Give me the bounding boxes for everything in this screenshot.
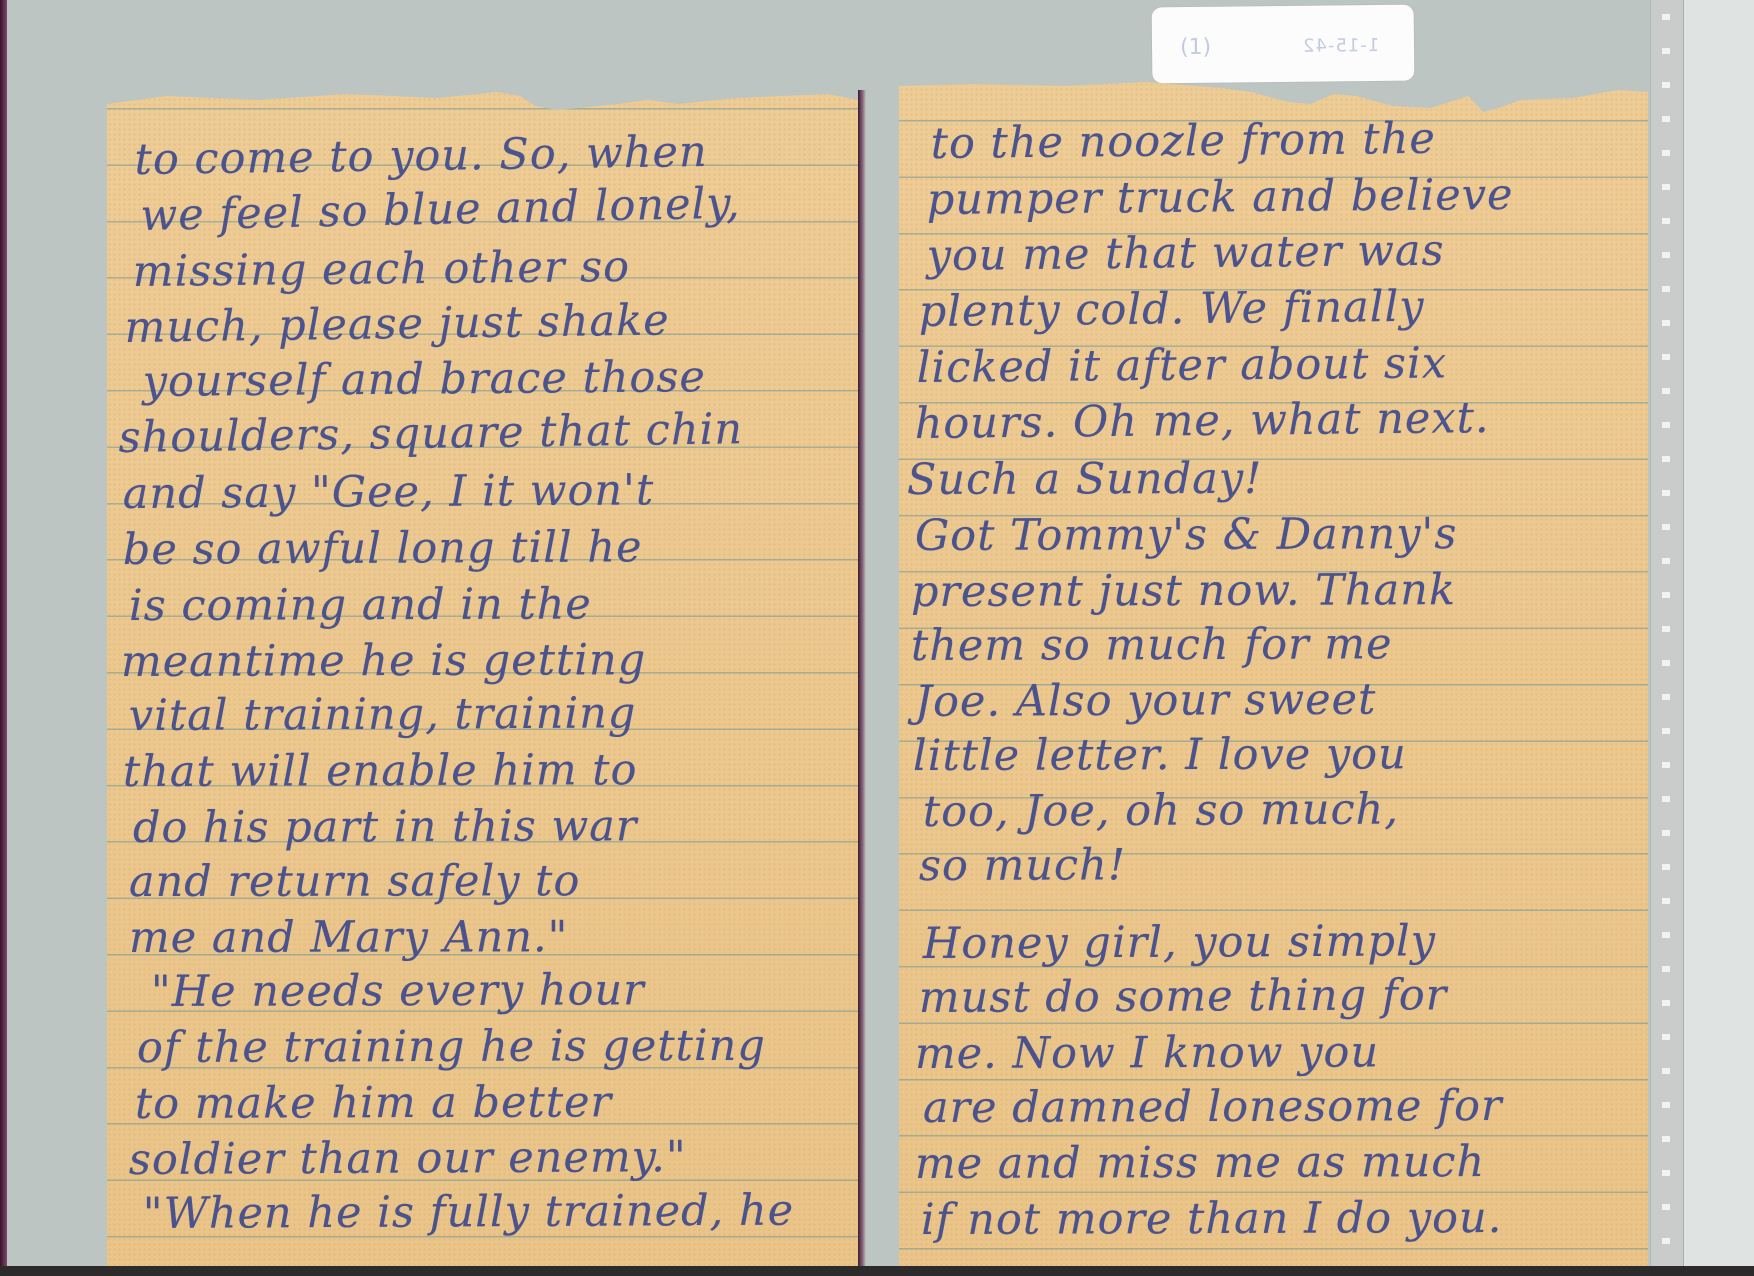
text-line: me. Now I know you <box>915 1024 1379 1082</box>
text-line: "When he is fully trained, he <box>143 1183 795 1242</box>
text-line: them so much for me <box>911 616 1393 674</box>
text-line: meantime he is getting <box>121 632 646 690</box>
sleeve-perforations <box>1662 0 1670 1266</box>
text-line: be so awful long till he <box>123 519 643 578</box>
text-line: too, Joe, oh so much, <box>923 782 1399 840</box>
text-line: of the training he is getting <box>137 1018 766 1076</box>
text-line: is coming and in the <box>129 576 592 634</box>
text-line: Such a Sunday! <box>907 451 1263 508</box>
text-line: soldier than our enemy." <box>129 1129 687 1188</box>
scanner-edge-shadow <box>0 0 7 1276</box>
text-line: if not more than I do you. <box>921 1190 1503 1248</box>
text-line: to make him a better <box>135 1074 612 1132</box>
text-line: so much! <box>919 837 1126 894</box>
letter-page-right: to the noozle from the pumper truck and … <box>899 82 1648 1276</box>
text-line: much, please just shake <box>124 292 670 356</box>
text-line: "He needs every hour <box>151 962 645 1020</box>
page-gap-shadow <box>858 90 866 1266</box>
text-line: you me that water was <box>926 223 1444 284</box>
text-line: Got Tommy's & Danny's <box>915 506 1458 564</box>
text-line: vital training, training <box>129 685 637 744</box>
scanner-bottom-edge <box>0 1266 1754 1276</box>
text-line: little letter. I love you <box>913 726 1407 784</box>
text-line: pumper truck and believe <box>927 167 1514 228</box>
text-line: me and Mary Ann." <box>129 909 569 966</box>
text-line: and say "Gee, I it won't <box>123 462 655 522</box>
text-line: to the noozle from the <box>930 111 1436 172</box>
text-line: are damned lonesome for <box>923 1078 1503 1136</box>
text-line: do his part in this war <box>133 798 638 856</box>
text-line: shoulders, square that chin <box>118 401 743 466</box>
text-line: Honey girl, you simply <box>923 913 1436 972</box>
text-line: present just now. Thank <box>911 562 1456 620</box>
archive-label: (1) 1-15-42 <box>1152 5 1415 84</box>
label-catalog-number: 1-15-42 <box>1302 35 1379 57</box>
text-line: licked it after about six <box>917 335 1448 396</box>
text-line: plenty cold. We finally <box>918 279 1424 340</box>
sleeve-margin <box>1683 0 1754 1266</box>
text-line: must do some thing for <box>919 967 1448 1026</box>
letter-page-left: to come to you. So, when we feel so blue… <box>107 92 858 1276</box>
text-line: and return safely to <box>129 853 580 910</box>
text-line: Joe. Also your sweet <box>915 672 1377 730</box>
text-line: that will enable him to <box>123 742 638 800</box>
label-circled-number: (1) <box>1180 35 1211 60</box>
text-line: hours. Oh me, what next. <box>914 390 1489 452</box>
text-line: me and miss me as much <box>915 1134 1485 1192</box>
text-line: yourself and brace those <box>143 349 707 410</box>
text-line: missing each other so <box>132 239 630 300</box>
